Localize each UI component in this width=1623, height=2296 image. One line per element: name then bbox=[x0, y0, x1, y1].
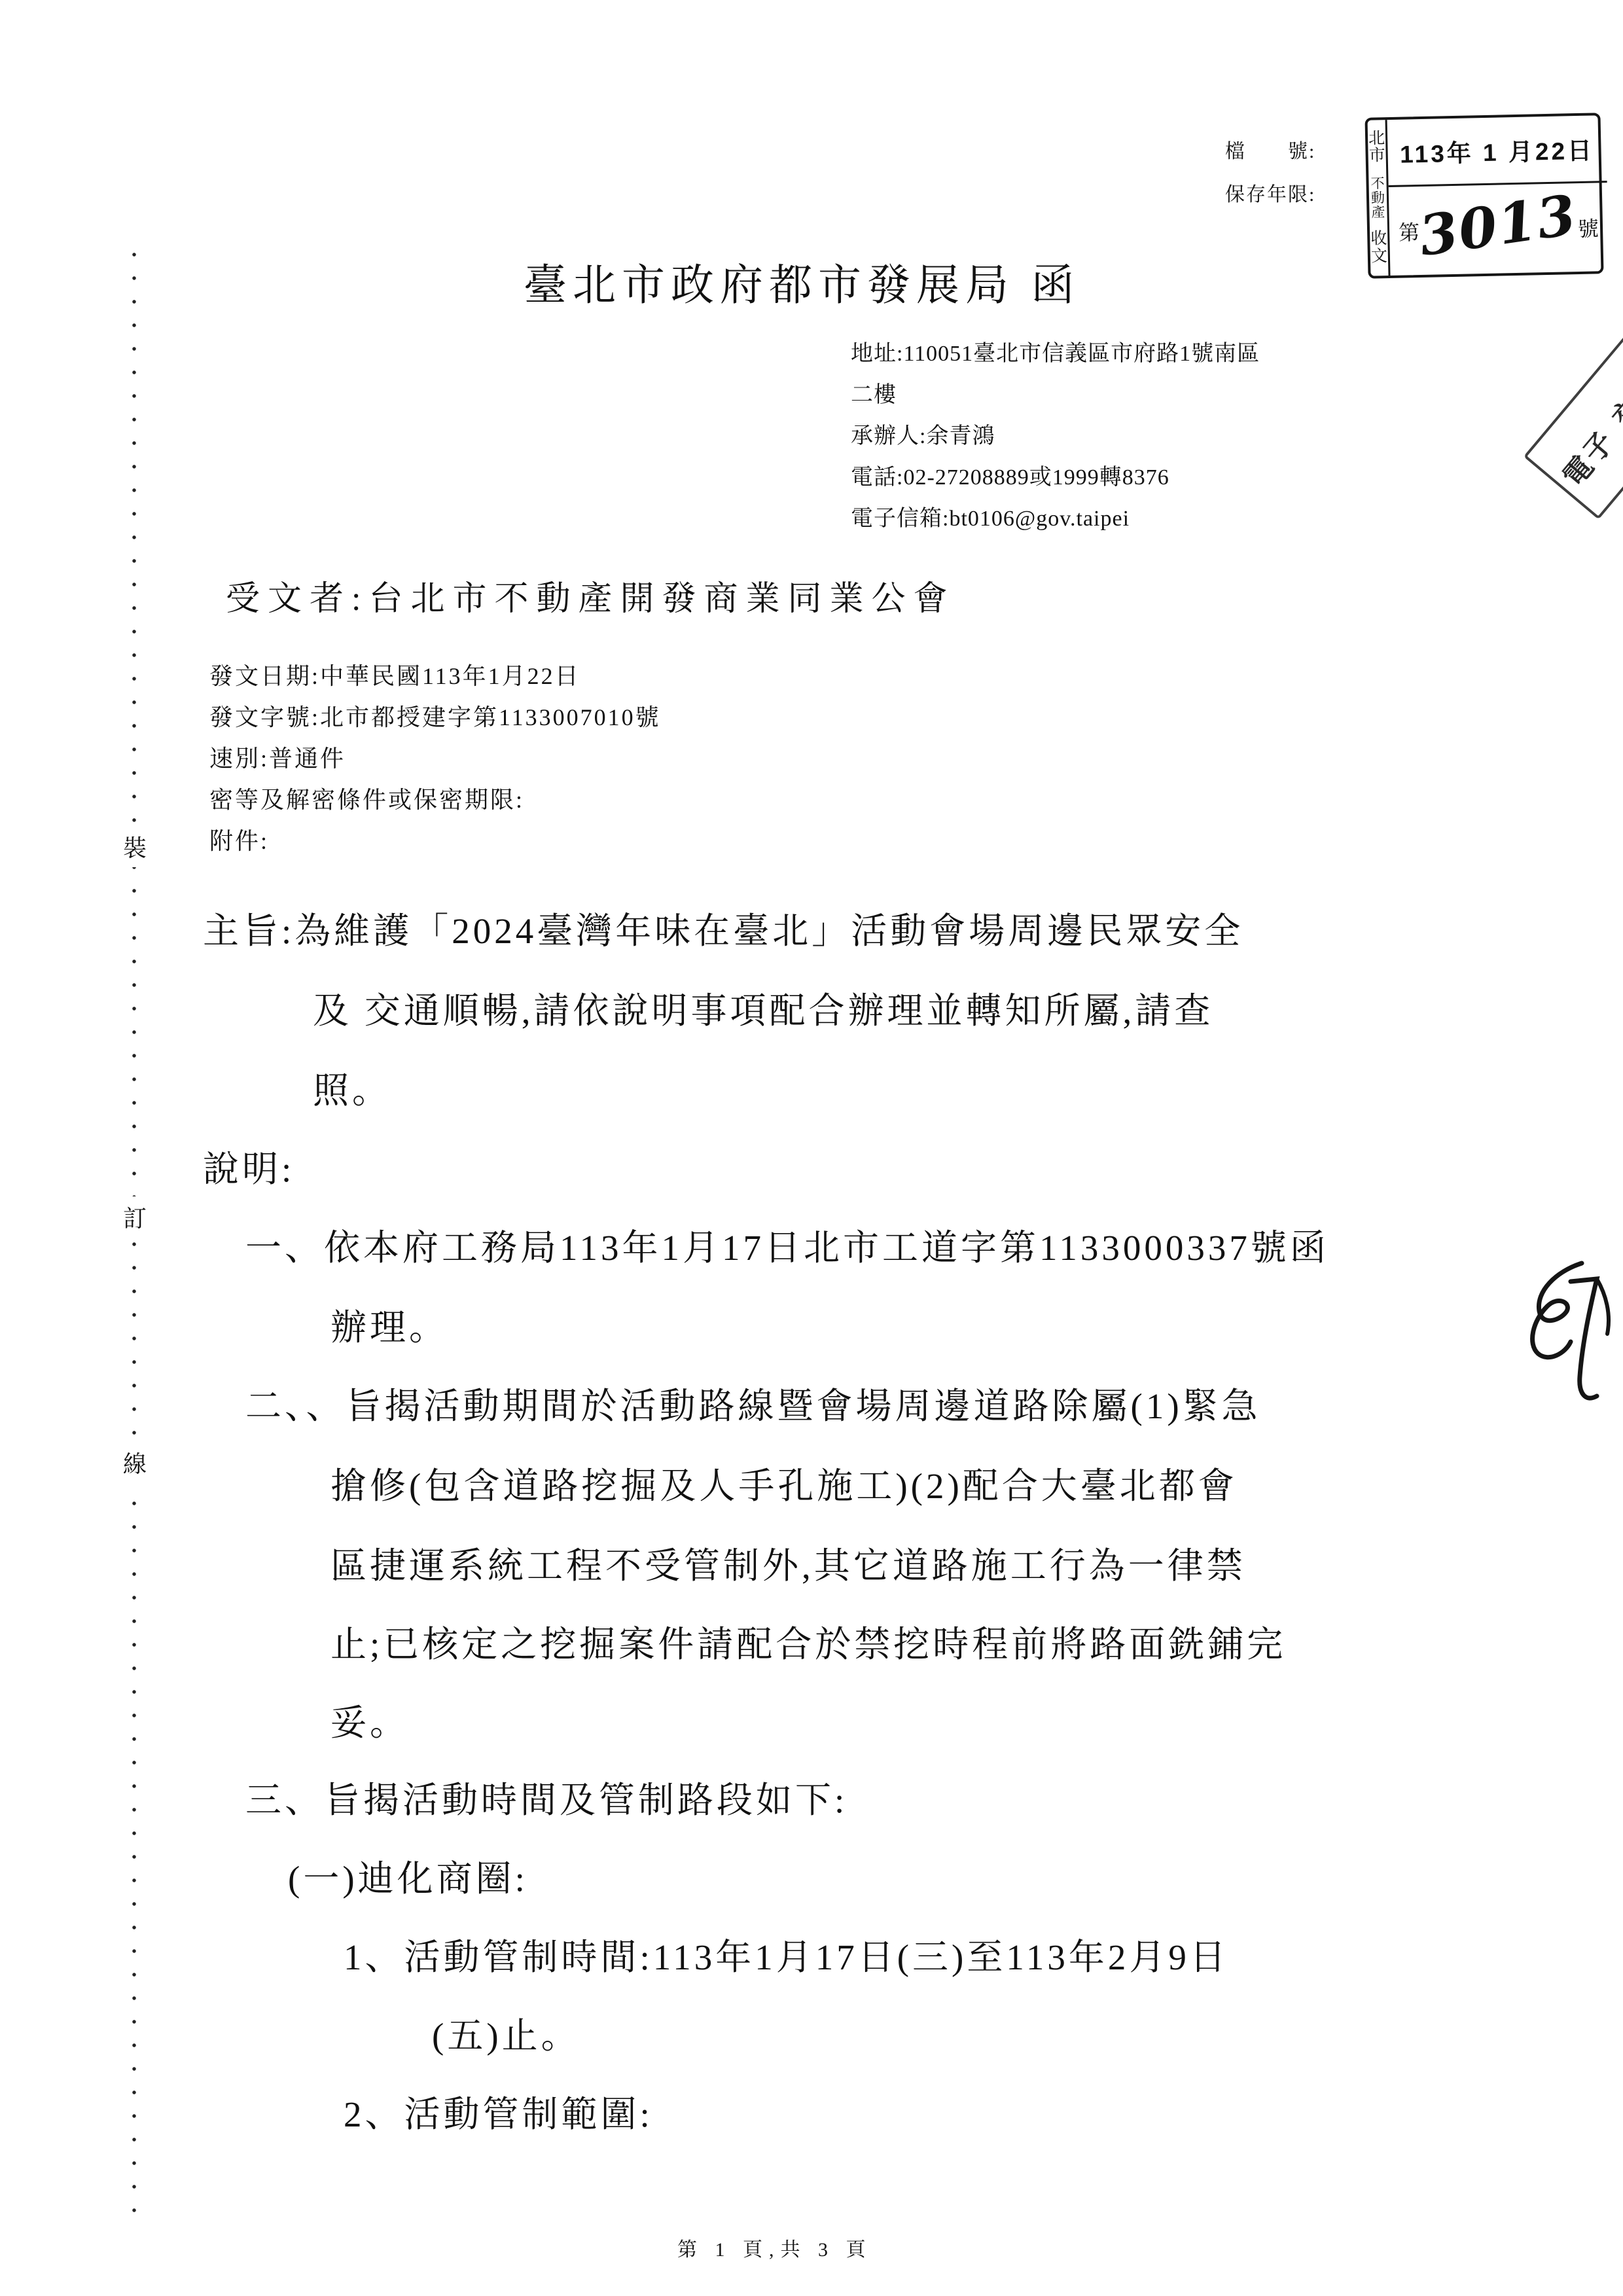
explanation-item-3: 三、旨揭活動時間及管制路段如下: bbox=[245, 1771, 847, 1823]
sender-address-line1: 地址:110051臺北市信義區市府路1號南區 bbox=[851, 335, 1260, 367]
electronic-exchange-stamp: 電子 交換 bbox=[1524, 335, 1623, 520]
received-number-prefix: 第 bbox=[1399, 216, 1420, 247]
received-stamp-number: 第 3013 號 bbox=[1389, 183, 1609, 276]
document-title: 臺北市政府都市發展局 函 bbox=[524, 250, 1080, 312]
explanation-item-2-continuation: 搶修(包含道路挖掘及人手孔施工)(2)配合大臺北都會 bbox=[330, 1457, 1238, 1509]
sender-email: 電子信箱:bt0106@gov.taipei bbox=[851, 500, 1130, 532]
received-number-suffix: 號 bbox=[1577, 212, 1599, 243]
sender-contact-person: 承辦人:余青鴻 bbox=[851, 418, 995, 450]
subitem-dihua-district: (一)迪化商圈: bbox=[288, 1850, 528, 1901]
explanation-item-2-continuation: 區捷運系統工程不受管制外,其它道路施工行為一律禁 bbox=[330, 1537, 1246, 1588]
received-stamp-org-line: 收文 bbox=[1370, 223, 1388, 273]
control-time-continuation: (五)止。 bbox=[432, 2007, 580, 2058]
scanned-official-letter-page: 檔 號: 保存年限: 北市 不動產 收文 113年 1 月22日 第 3013 … bbox=[0, 0, 1623, 2296]
file-number-label: 檔 號: bbox=[1225, 135, 1315, 164]
control-range-line: 2、活動管制範圍: bbox=[344, 2085, 653, 2137]
binding-mark-ding: 訂 bbox=[120, 1196, 149, 1238]
retention-period-label: 保存年限: bbox=[1225, 178, 1315, 207]
explanation-item-2-continuation: 妥。 bbox=[330, 1694, 409, 1746]
received-stamp: 北市 不動產 收文 113年 1 月22日 第 3013 號 bbox=[1364, 113, 1603, 278]
issue-number-line: 發文字號:北市都授建字第1133007010號 bbox=[209, 699, 661, 732]
attachment-line: 附件: bbox=[209, 823, 269, 856]
explanation-label: 說明: bbox=[203, 1140, 294, 1192]
binding-dotted-line bbox=[132, 253, 136, 2223]
handwritten-check-scribble bbox=[1520, 1255, 1618, 1419]
issue-date-line: 發文日期:中華民國113年1月22日 bbox=[209, 658, 580, 691]
received-stamp-org-column: 北市 不動產 收文 bbox=[1368, 120, 1391, 276]
received-stamp-org-line: 不動產 bbox=[1369, 173, 1387, 223]
sender-phone: 電話:02-27208889或1999轉8376 bbox=[851, 459, 1169, 491]
explanation-item-2-continuation: 止;已核定之挖掘案件請配合於禁挖時程前將路面銑鋪完 bbox=[330, 1615, 1286, 1667]
received-stamp-date: 113年 1 月22日 bbox=[1387, 115, 1607, 187]
security-class-line: 密等及解密條件或保密期限: bbox=[209, 781, 524, 815]
subject-continuation: 及 交通順暢,請依說明事項配合辦理並轉知所屬,請查 bbox=[313, 982, 1213, 1033]
received-number-handwritten: 3013 bbox=[1415, 182, 1580, 268]
speed-class-line: 速別:普通件 bbox=[209, 740, 346, 774]
explanation-item-2: 二、、旨揭活動期間於活動路線暨會場周邊道路除屬(1)緊急 bbox=[245, 1377, 1261, 1429]
explanation-item-1-continuation: 辦理。 bbox=[330, 1299, 448, 1350]
received-stamp-org-line: 北市 bbox=[1368, 122, 1386, 173]
recipient-line: 受文者:台北市不動產開發商業同業公會 bbox=[226, 571, 955, 620]
electronic-stamp-text: 交換 bbox=[1600, 361, 1623, 436]
control-time-line: 1、活動管制時間:113年1月17日(三)至113年2月9日 bbox=[344, 1928, 1229, 1980]
binding-mark-xian: 線 bbox=[120, 1442, 149, 1483]
subject-continuation: 照。 bbox=[313, 1062, 391, 1113]
explanation-item-1: 一、依本府工務局113年1月17日北市工道字第1133000337號函 bbox=[245, 1219, 1329, 1270]
electronic-stamp-text: 電子 bbox=[1551, 419, 1623, 494]
sender-address-line2: 二樓 bbox=[851, 376, 897, 408]
subject-line: 主旨:為維護「2024臺灣年味在臺北」活動會場周邊民眾安全 bbox=[203, 902, 1243, 954]
page-footer: 第 1 頁,共 3 頁 bbox=[677, 2233, 872, 2262]
binding-mark-zhuang: 裝 bbox=[120, 826, 149, 867]
